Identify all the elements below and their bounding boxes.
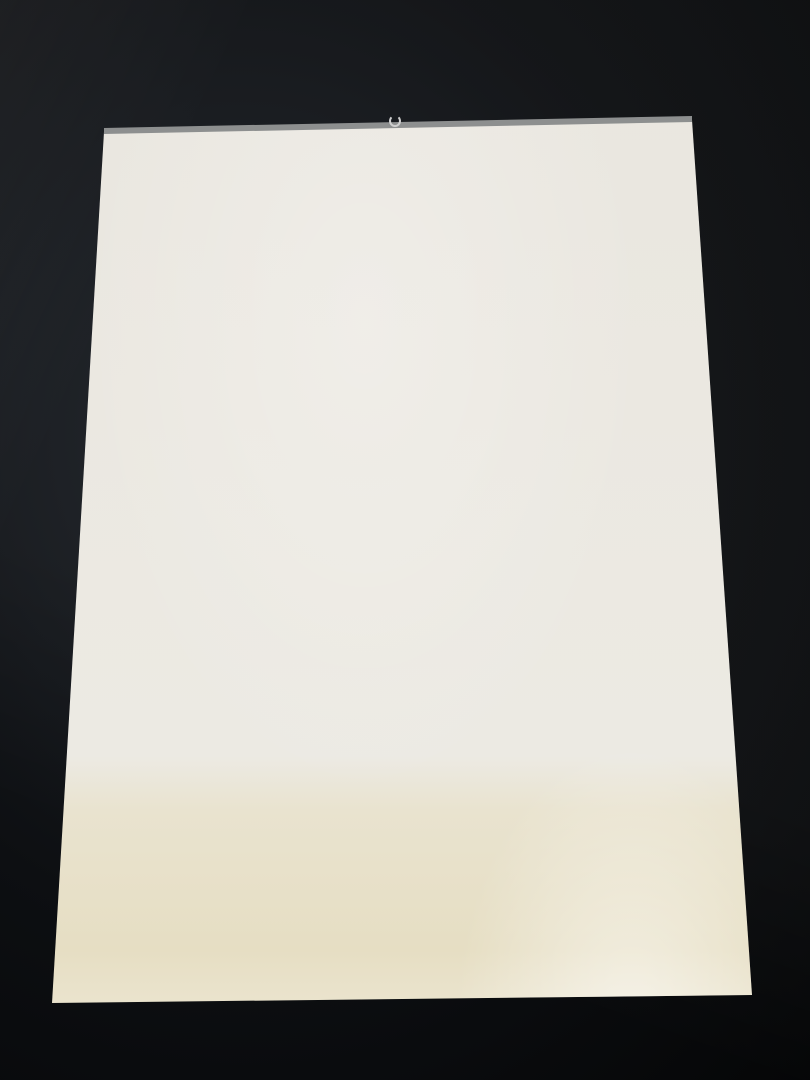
binding-ring-icon [389, 115, 401, 127]
image-caption: Photograph of a blank cream-colored shee… [0, 0, 1, 1]
blank-paper-sheet [0, 0, 810, 1080]
